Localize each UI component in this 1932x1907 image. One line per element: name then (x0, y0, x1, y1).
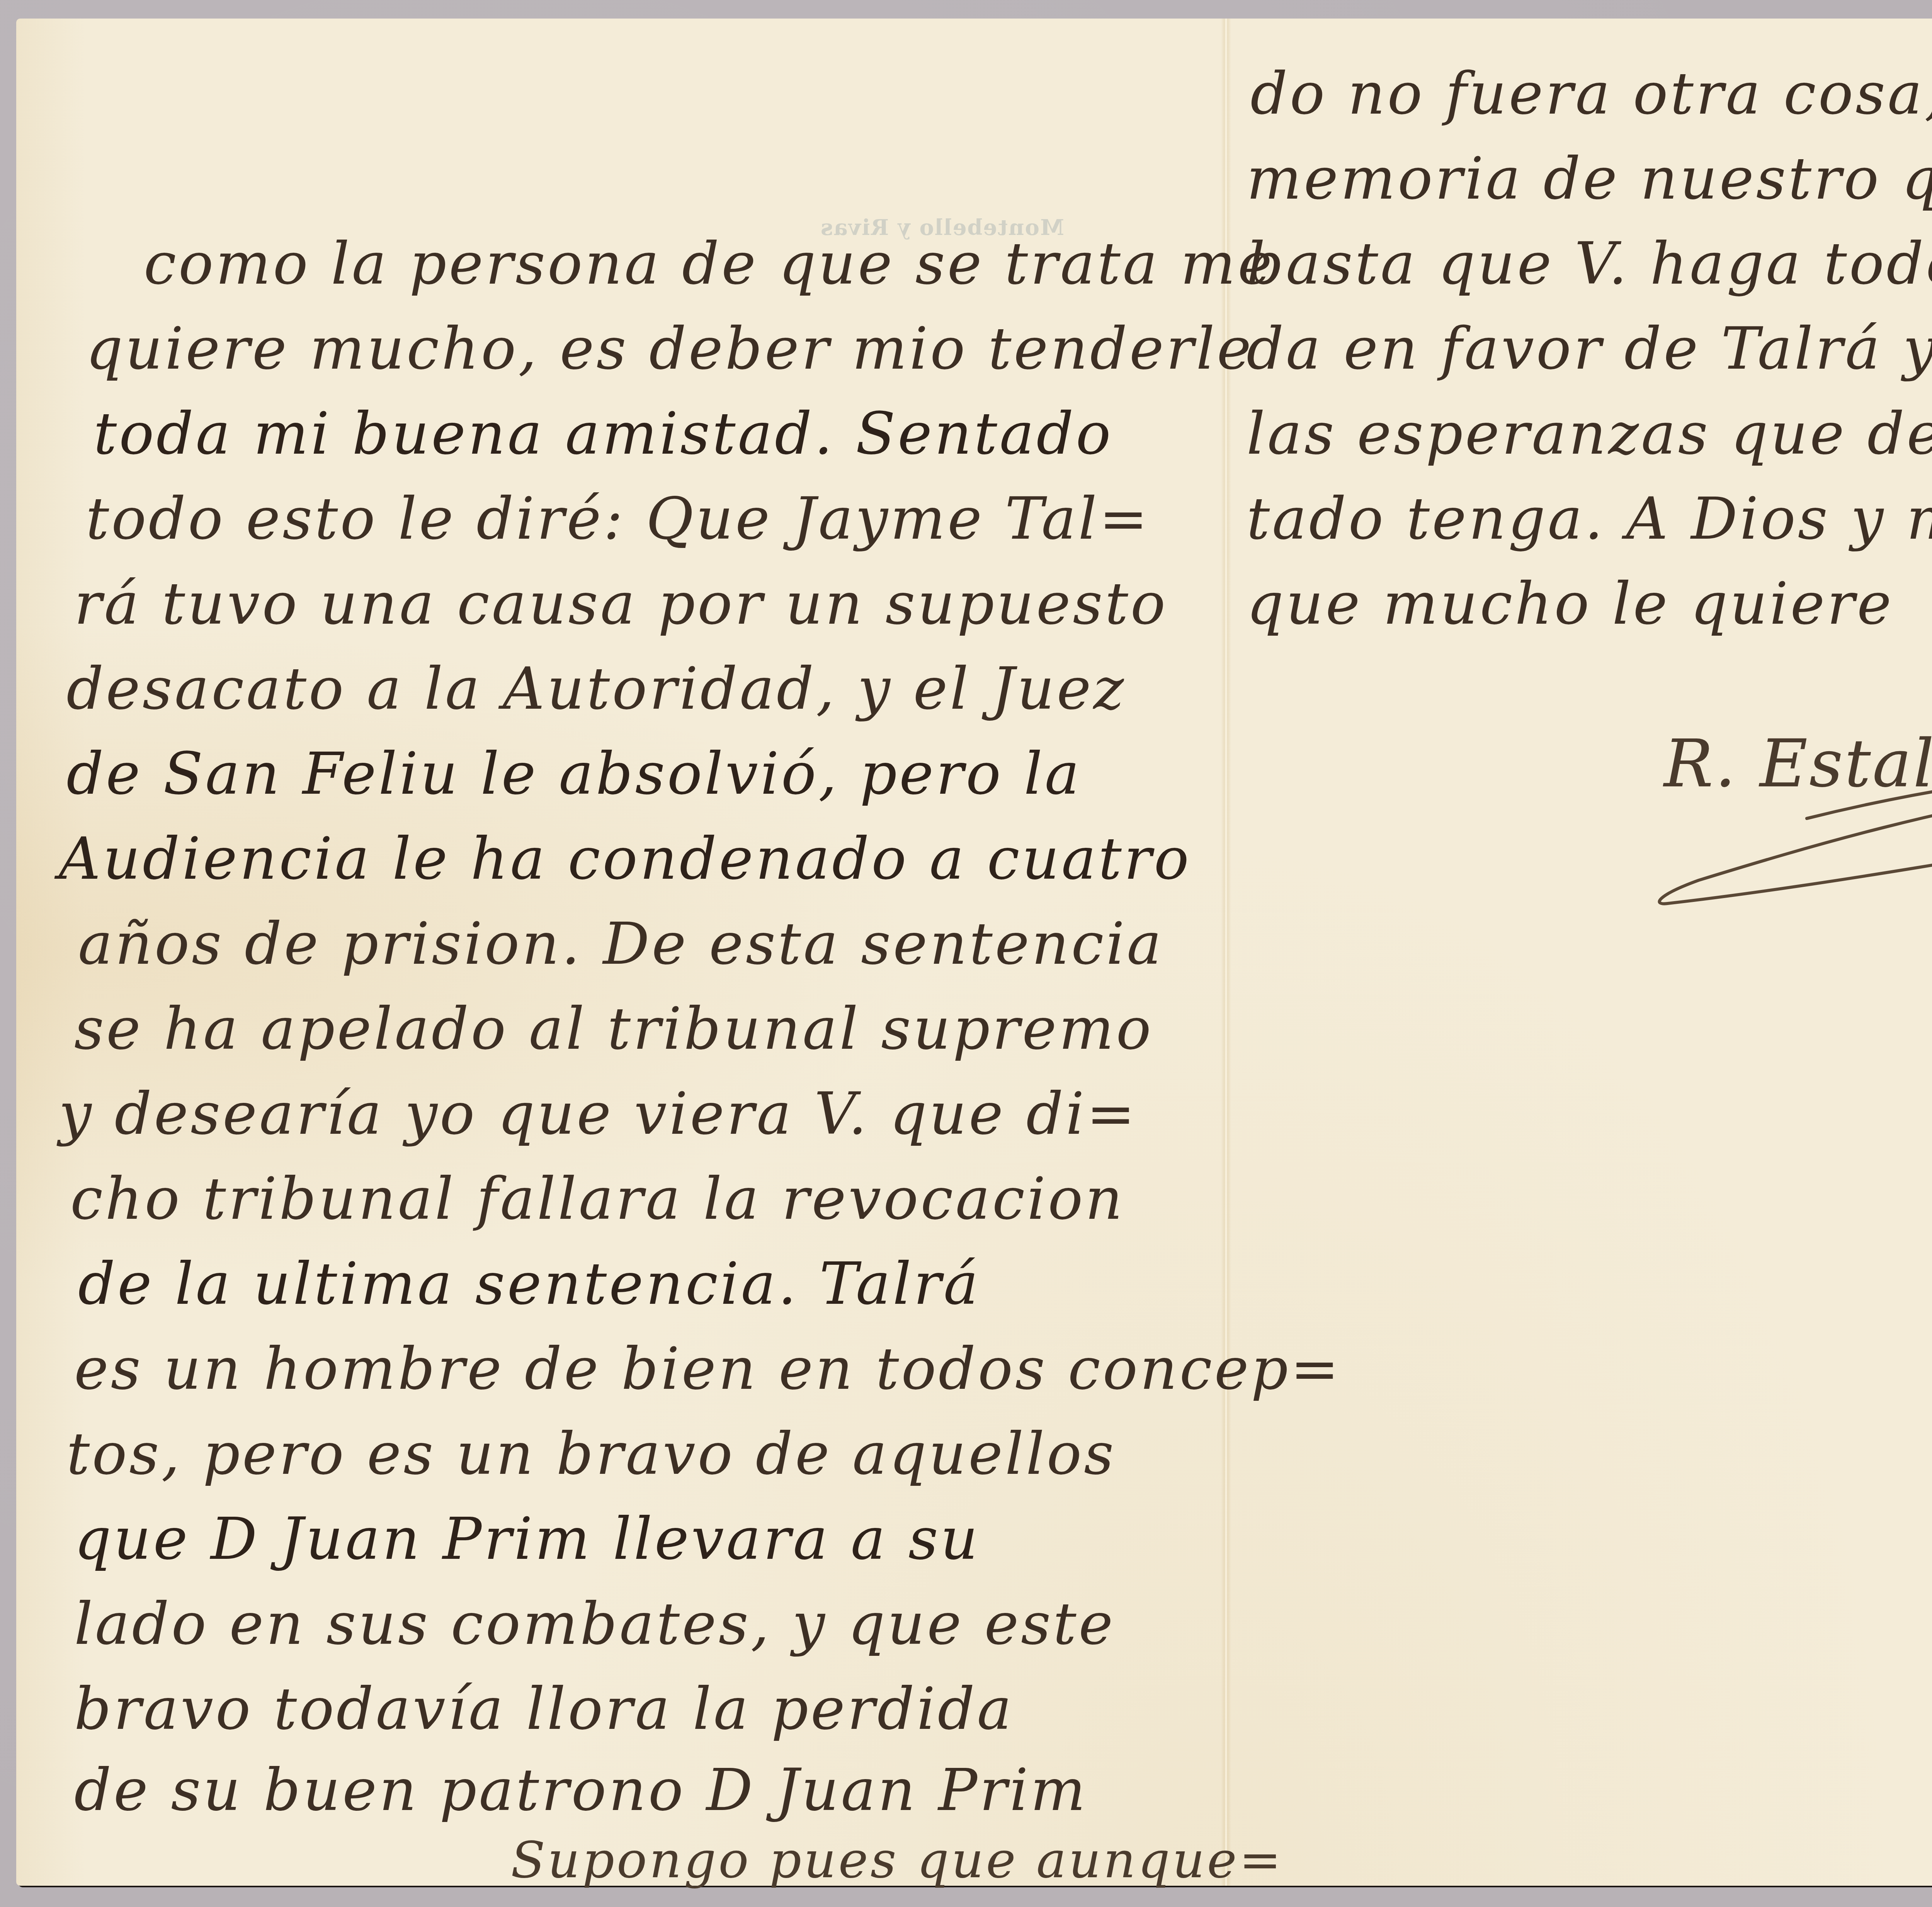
left-line-14: es un hombre de bien en todos concep= (74, 1340, 1341, 1398)
signature-flourish-icon (1645, 703, 1932, 919)
left-line-1: como la persona de que se trata me (144, 235, 1274, 293)
left-line-12: cho tribunal fallara la revocacion (70, 1170, 1125, 1228)
left-line-16: que D Juan Prim llevara a su (74, 1510, 980, 1568)
right-line-4: da en favor de Talrá y me diga (1247, 320, 1932, 378)
right-line-6: tado tenga. A Dios y mande a este (1247, 490, 1932, 548)
left-line-9: años de prision. De esta sentencia (78, 915, 1164, 973)
left-line-20-catchword: Supongo pues que aunque= (511, 1835, 1284, 1885)
left-line-3: toda mi buena amistad. Sentado (94, 405, 1113, 463)
letter-sheet: Montebello y Rivas como la persona de qu… (16, 19, 1932, 1886)
left-line-4: todo esto le diré: Que Jayme Tal= (86, 490, 1150, 548)
left-line-10: se ha apelado al tribunal supremo (74, 1000, 1153, 1058)
left-line-5: rá tuvo una causa por un supuesto (74, 575, 1168, 633)
left-line-6: desacato a la Autoridad, y el Juez (66, 660, 1126, 718)
center-fold (1221, 19, 1231, 1886)
right-line-7: que mucho le quiere (1247, 575, 1894, 633)
right-line-3: basta que V. haga todo cuanto pue= (1247, 235, 1932, 293)
left-line-15: tos, pero es un bravo de aquellos (66, 1425, 1116, 1483)
left-line-17: lado en sus combates, y que este (74, 1595, 1115, 1653)
left-page: Montebello y Rivas como la persona de qu… (16, 19, 1221, 1886)
right-page: do no fuera otra cosa, solo la memoria d… (1231, 19, 1932, 1886)
left-line-11: y desearía yo que viera V. que di= (59, 1085, 1138, 1143)
left-line-13: de la ultima sentencia. Talrá (78, 1255, 980, 1313)
left-line-7: de San Feliu le absolvió, pero la (66, 745, 1082, 803)
left-line-19: de su buen patrono D Juan Prim (74, 1761, 1088, 1819)
right-line-5: las esperanzas que de su buen resul= (1247, 405, 1932, 463)
right-line-2: memoria de nuestro querido Prim (1247, 150, 1932, 208)
signature-block: R. Estal y Pons (1645, 703, 1932, 919)
left-line-8: Audiencia le ha condenado a cuatro (59, 830, 1191, 888)
right-line-1: do no fuera otra cosa, solo la (1250, 65, 1932, 123)
left-line-18: bravo todavía llora la perdida (74, 1680, 1014, 1738)
left-line-2: quiere mucho, es deber mio tenderle (86, 320, 1253, 378)
